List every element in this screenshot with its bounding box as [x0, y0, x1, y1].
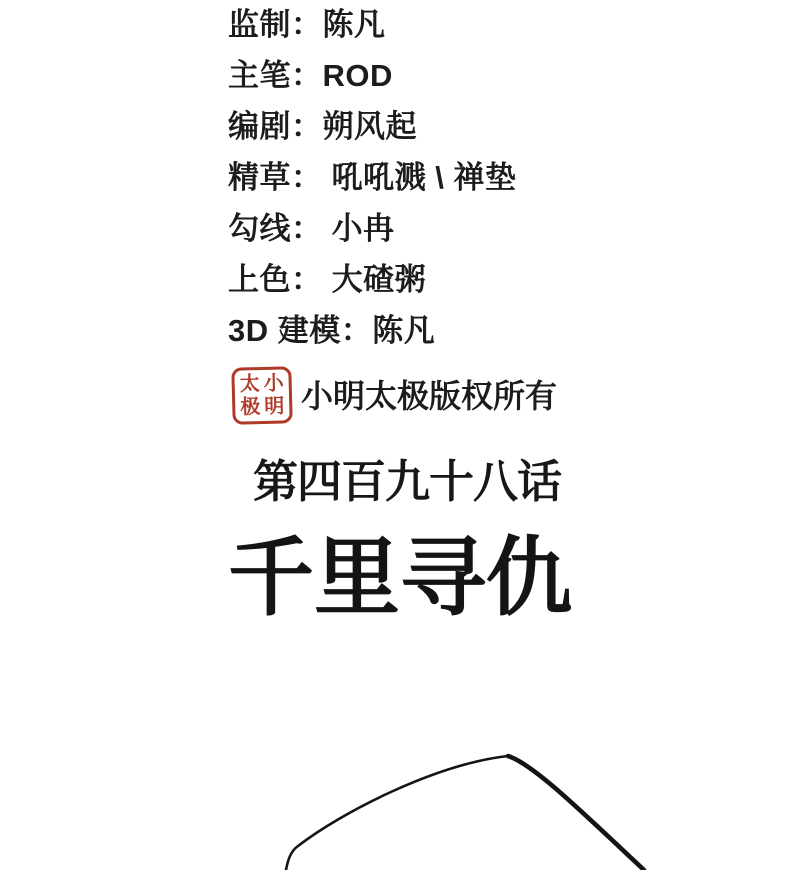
seal-char: 极: [240, 397, 261, 418]
credit-line-supervisor: 监制：陈凡: [228, 9, 516, 40]
copyright-row: 太 小 极 明 小明太极版权所有: [232, 367, 557, 424]
head-outline-sketch: [0, 750, 800, 870]
chapter-title: 千里寻仇: [0, 531, 800, 625]
sketch-left-stroke: [286, 756, 508, 870]
credit-line-coloring: 上色： 大碴粥: [228, 264, 516, 295]
chapter-number: 第四百九十八话: [7, 457, 800, 507]
red-seal-stamp-icon: 太 小 极 明: [231, 366, 292, 425]
comic-title-page: 监制：陈凡 主笔：ROD 编剧：朔风起 精草： 吼吼溅 \ 禅垫 勾线： 小冉 …: [0, 0, 800, 870]
seal-char: 小: [263, 373, 284, 394]
credit-line-lineart: 勾线： 小冉: [228, 213, 516, 244]
credit-line-screenwriter: 编剧：朔风起: [228, 111, 516, 142]
credit-line-3d-modeling: 3D 建模：陈凡: [228, 315, 516, 346]
sketch-right-stroke: [508, 756, 644, 870]
credit-line-rough-draft: 精草： 吼吼溅 \ 禅垫: [228, 162, 516, 193]
credits-block: 监制：陈凡 主笔：ROD 编剧：朔风起 精草： 吼吼溅 \ 禅垫 勾线： 小冉 …: [228, 9, 516, 346]
seal-char: 太: [239, 374, 260, 395]
copyright-text: 小明太极版权所有: [301, 379, 557, 413]
credit-line-main-artist: 主笔：ROD: [228, 60, 516, 91]
seal-char: 明: [264, 397, 285, 418]
